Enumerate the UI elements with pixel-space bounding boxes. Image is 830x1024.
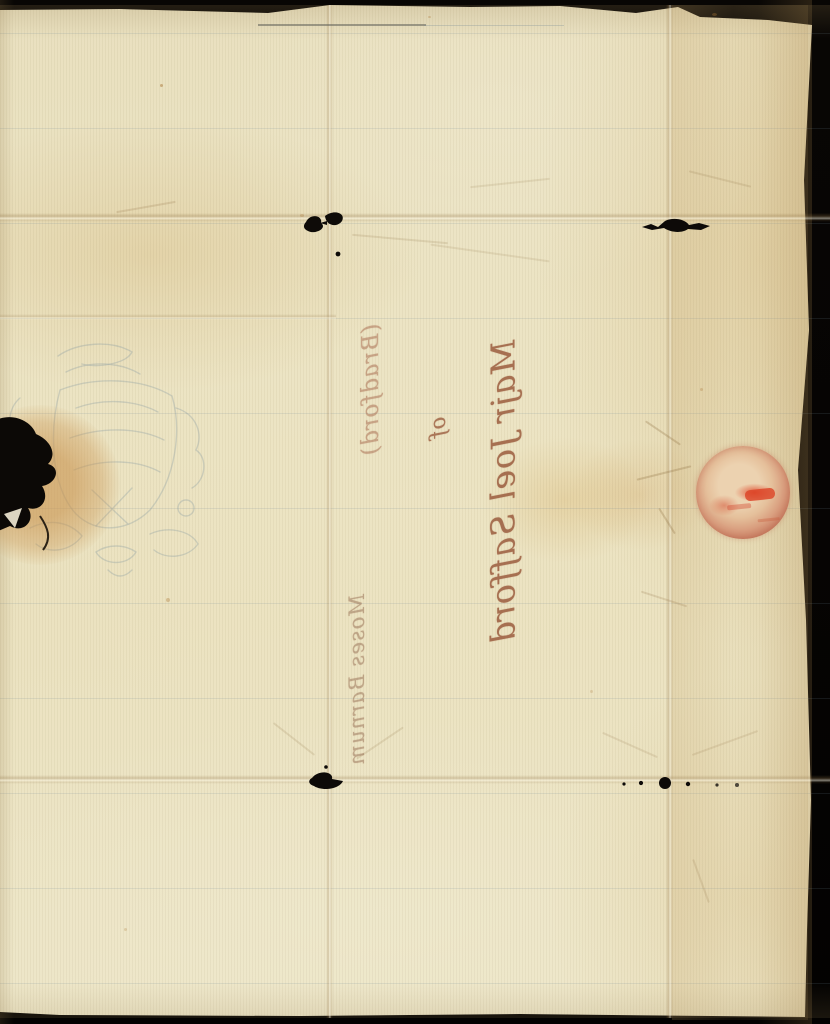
foxing-spot xyxy=(428,16,431,18)
handwriting-of: of xyxy=(426,417,450,439)
handwriting-place-line: (Bradford) xyxy=(358,324,384,456)
foxing-spot xyxy=(160,84,163,87)
foxing-spot xyxy=(124,928,127,931)
foxing-spot xyxy=(712,13,717,16)
wax-seal xyxy=(696,446,790,539)
foxing-spot xyxy=(590,690,593,693)
handwriting-address-line: Majr Joel Safford xyxy=(484,340,523,644)
foxing-spot xyxy=(166,598,170,602)
scan-canvas: Majr Joel Safford of (Bradford) Moses Ba… xyxy=(0,0,830,1024)
foxing-spot xyxy=(700,388,703,391)
foxing-spot xyxy=(300,214,304,217)
handwriting-docket-line: Moses Barnum xyxy=(345,594,369,766)
